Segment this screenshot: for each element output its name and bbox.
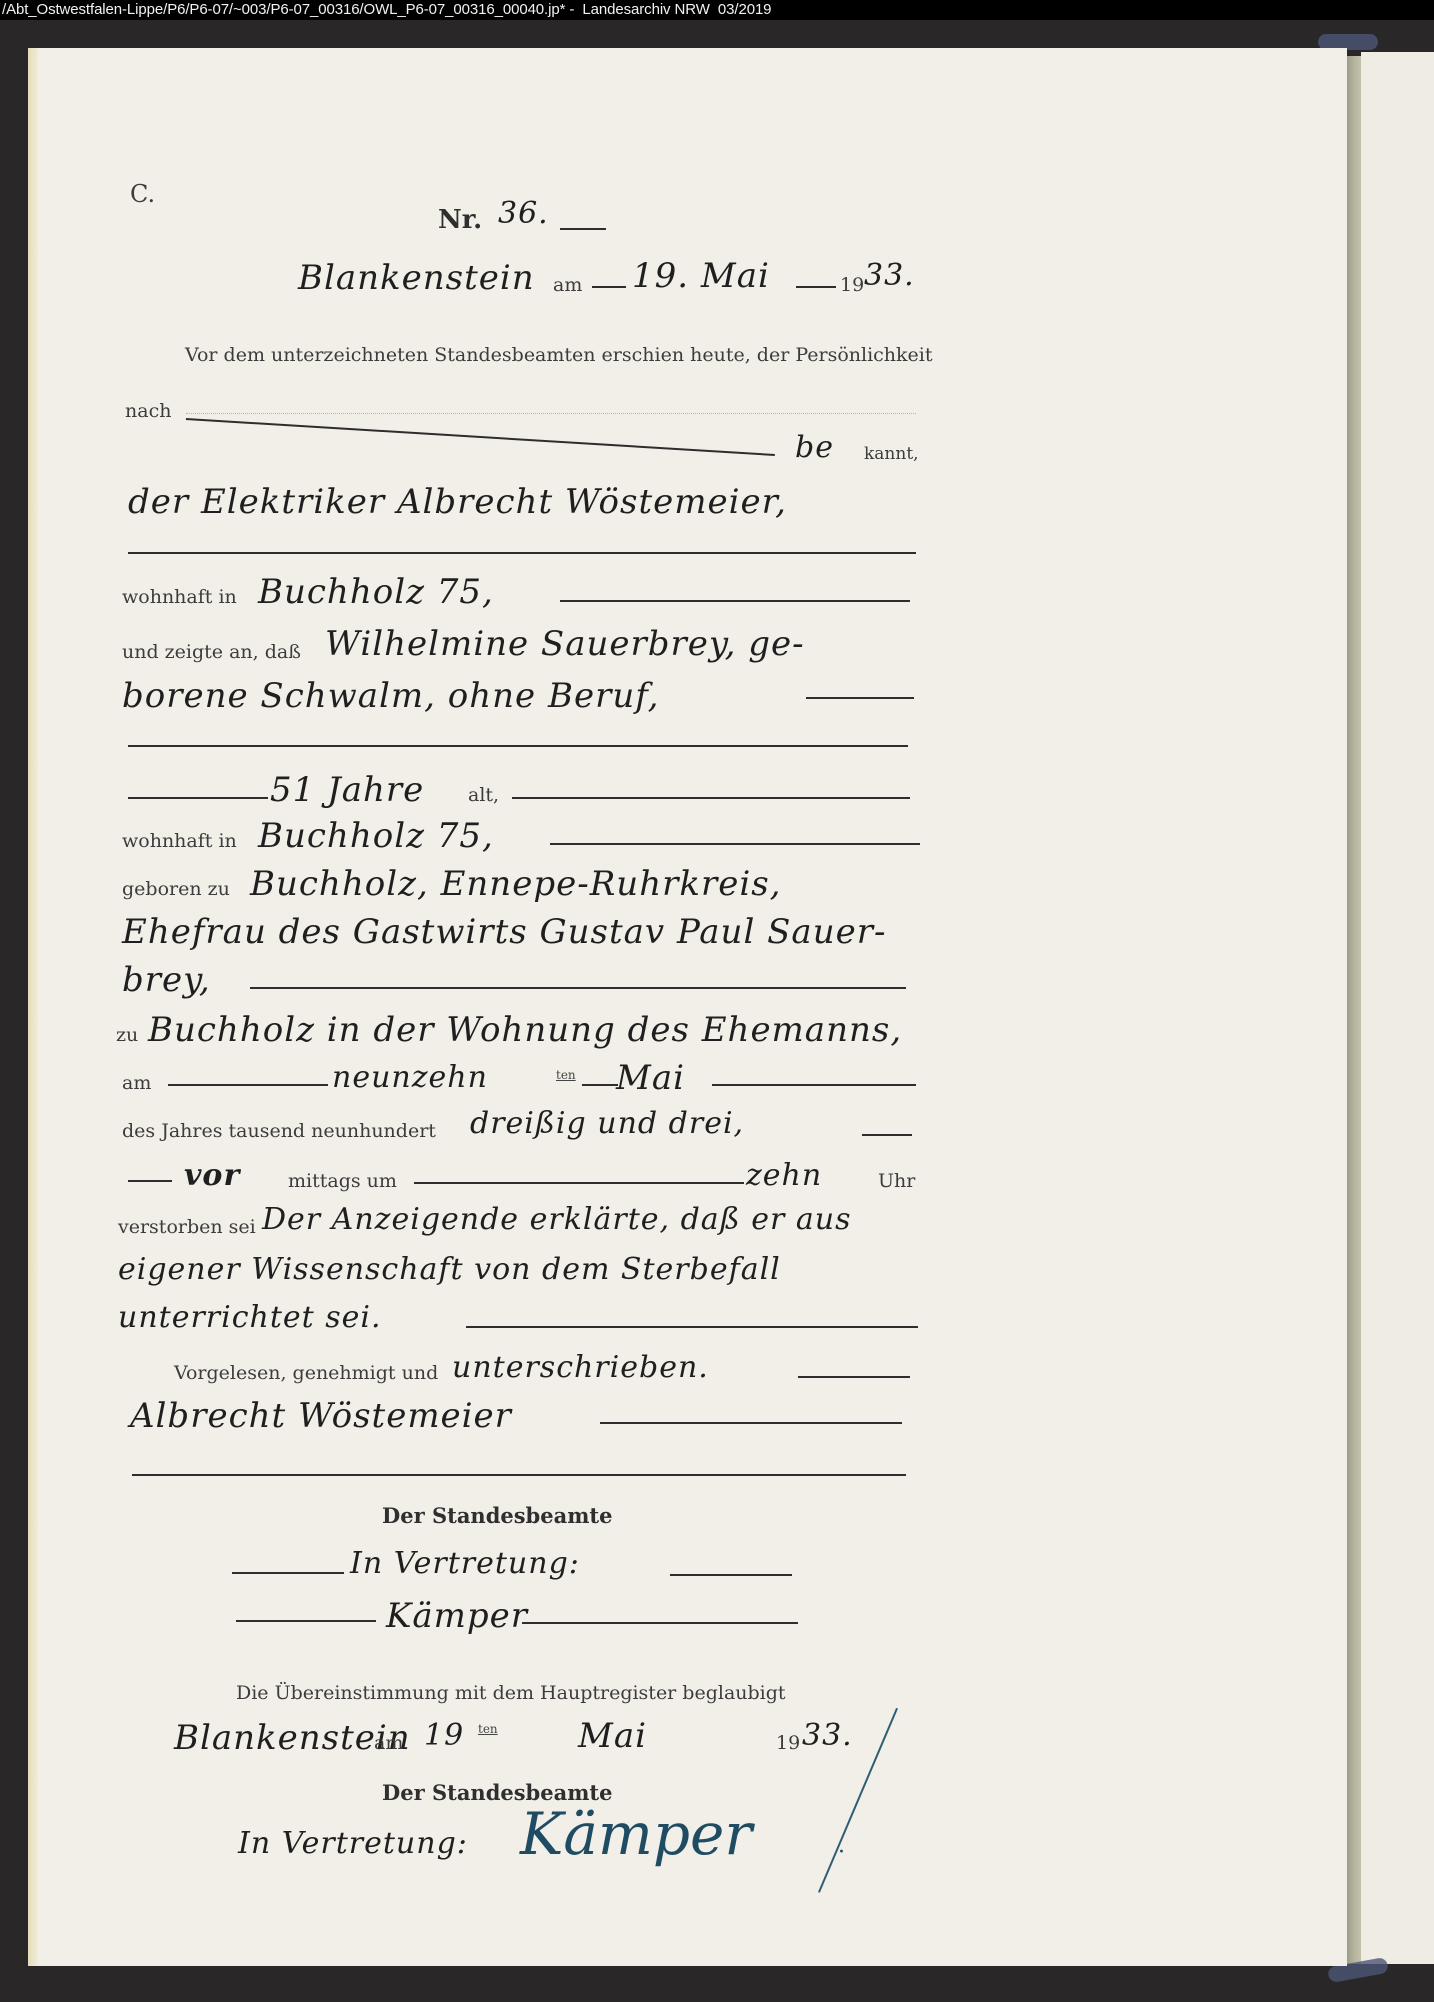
informant-residence: Buchholz 75, — [258, 572, 494, 612]
birthplace: Buchholz, Ennepe-Ruhrkreis, — [250, 864, 781, 904]
rule — [600, 1422, 902, 1424]
book-spine — [1347, 56, 1361, 1964]
certification-signature: Kämper — [520, 1800, 752, 1868]
rule — [128, 745, 908, 747]
certification-year-suffix: 33. — [802, 1718, 853, 1753]
bekannt-print: kannt, — [864, 444, 919, 464]
death-year-words: dreißig und drei, — [470, 1106, 744, 1141]
date-dash-2 — [796, 286, 836, 288]
intro-text: Vor dem unterzeichneten Standesbeamten e… — [185, 344, 933, 366]
rule — [798, 1376, 910, 1378]
registrar-heading: Der Standesbeamte — [382, 1503, 613, 1528]
spouse-line2: brey, — [122, 960, 211, 1000]
am-label-2: am — [122, 1072, 151, 1094]
date-dash — [592, 286, 626, 288]
informant-signature: Albrecht Wöstemeier — [130, 1396, 512, 1436]
alt-label: alt, — [468, 784, 499, 806]
number-line — [560, 228, 606, 230]
record-number: 36. — [498, 196, 549, 231]
bekannt-hand: be — [795, 430, 834, 465]
rule — [132, 1474, 906, 1476]
rule — [236, 1620, 376, 1622]
certification-month: Mai — [578, 1716, 647, 1756]
deceased-residence: Buchholz 75, — [258, 816, 494, 856]
place-name: Blankenstein — [298, 258, 535, 298]
spouse-line1: Ehefrau des Gastwirts Gustav Paul Sauer- — [122, 912, 886, 952]
certification-text: Die Übereinstimmung mit dem Hauptregiste… — [236, 1682, 786, 1704]
rule — [712, 1084, 916, 1086]
rule — [128, 1180, 172, 1182]
deceased-name-line2: borene Schwalm, ohne Beruf, — [122, 676, 659, 716]
zu-label: zu — [116, 1024, 138, 1046]
wohnhaft-label: wohnhaft in — [122, 586, 237, 608]
death-day-suffix: ten — [556, 1068, 576, 1082]
certification-day: 19 — [424, 1718, 464, 1753]
rule — [512, 797, 910, 799]
year-prefix: 19 — [840, 274, 864, 296]
deceased-age: 51 Jahre — [270, 770, 424, 810]
rule — [582, 1084, 618, 1086]
death-month: Mai — [616, 1058, 685, 1098]
facing-page — [1361, 52, 1434, 1964]
rule — [806, 697, 914, 699]
deceased-name-line1: Wilhelmine Sauerbrey, ge- — [325, 624, 805, 664]
rule — [466, 1326, 918, 1328]
rule — [522, 1622, 798, 1624]
informant-name: der Elektriker Albrecht Wöstemeier, — [128, 482, 787, 522]
verstorben-label: verstorben sei — [118, 1216, 256, 1238]
rule — [168, 1084, 328, 1086]
nach-label: nach — [125, 400, 171, 422]
registration-date: 19. Mai — [632, 256, 770, 296]
remark-line2: eigener Wissenschaft von dem Sterbefall — [118, 1252, 781, 1287]
jahres-label: des Jahres tausend neunhundert — [122, 1120, 436, 1142]
mittags-label: mittags um — [288, 1170, 397, 1192]
signature-dot: · — [838, 1840, 845, 1865]
zeigte-label: und zeigte an, daß — [122, 641, 301, 663]
certification-year-prefix: 19 — [776, 1732, 800, 1754]
registrar-vertretung: In Vertretung: — [350, 1546, 580, 1581]
geboren-label: geboren zu — [122, 878, 230, 900]
vorgelesen-value: unterschrieben. — [452, 1350, 709, 1385]
year-suffix: 33. — [864, 258, 915, 293]
death-place: Buchholz in der Wohnung des Ehemanns, — [148, 1010, 902, 1050]
vor-value: vor — [184, 1158, 240, 1193]
uhr-label: Uhr — [878, 1170, 915, 1192]
rule — [250, 987, 906, 989]
rule — [128, 552, 916, 554]
document-page — [28, 48, 1347, 1966]
rule — [128, 797, 268, 799]
certification-am: am — [374, 1732, 403, 1754]
rule — [560, 600, 910, 602]
rule — [670, 1574, 792, 1576]
rule — [414, 1182, 744, 1184]
certification-vertretung: In Vertretung: — [238, 1826, 468, 1861]
remark-line1: Der Anzeigende erklärte, daß er aus — [262, 1202, 851, 1237]
vorgelesen-label: Vorgelesen, genehmigt und — [174, 1362, 438, 1384]
dotted-rule — [186, 413, 916, 414]
rule — [862, 1134, 912, 1136]
registrar-name: Kämper — [386, 1596, 528, 1636]
page-edge — [28, 48, 38, 1966]
rule — [232, 1572, 344, 1574]
section-letter: C. — [130, 180, 155, 208]
am-label: am — [553, 274, 582, 296]
wohnhaft2-label: wohnhaft in — [122, 830, 237, 852]
hour-value: zehn — [746, 1158, 822, 1193]
window-title-bar: /Abt_Ostwestfalen-Lippe/P6/P6-07/~003/P6… — [0, 0, 1434, 20]
certification-day-suffix: ten — [478, 1722, 498, 1736]
rule — [550, 843, 920, 845]
record-number-label: Nr. — [438, 205, 482, 235]
death-day: neunzehn — [332, 1060, 488, 1095]
remark-line3: unterrichtet sei. — [118, 1300, 382, 1335]
